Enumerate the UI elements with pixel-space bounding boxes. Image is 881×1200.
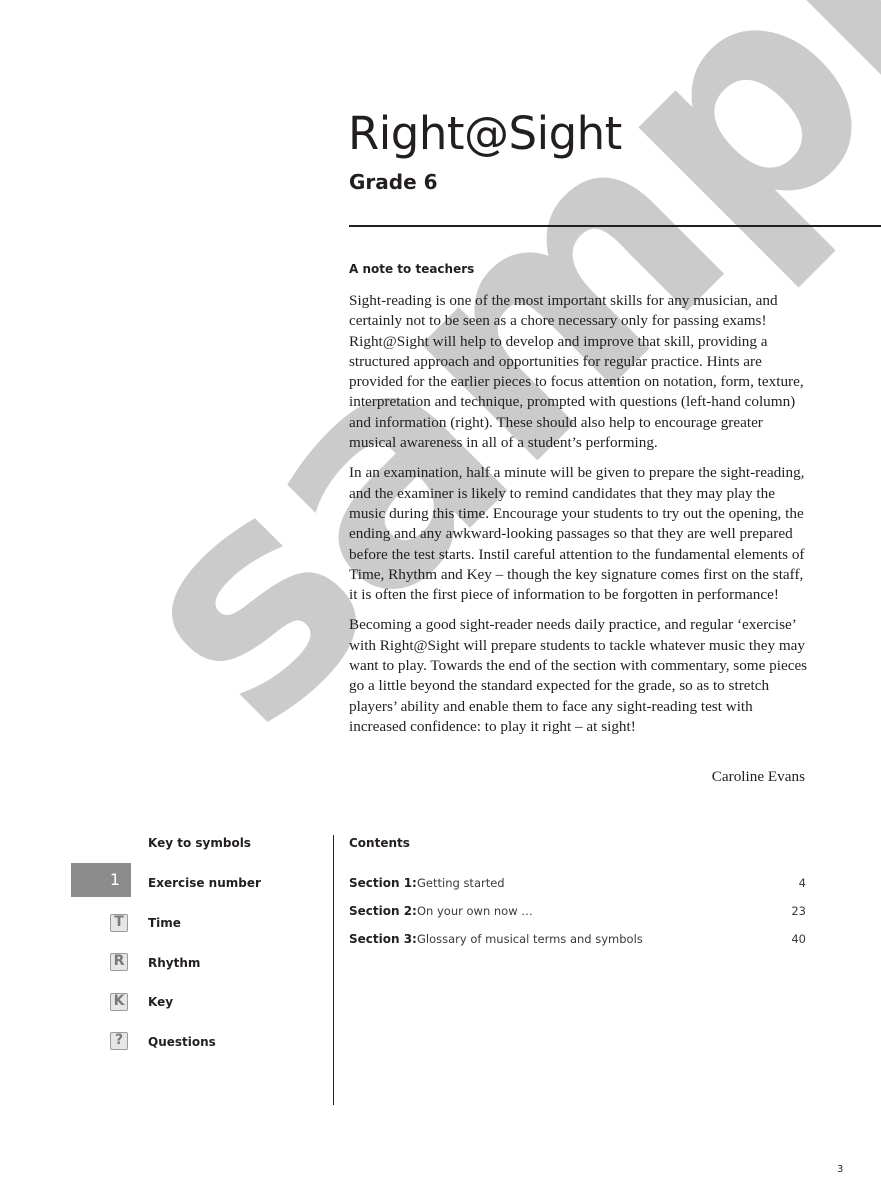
page-number: 3	[837, 1164, 843, 1175]
toc-row[interactable]: Section 1: Getting started 4	[349, 876, 806, 894]
grade-subtitle: Grade 6	[349, 168, 438, 196]
note-paragraph: Becoming a good sight-reader needs daily…	[349, 615, 811, 737]
toc-section-label: Section 3:	[349, 932, 417, 946]
author-signature: Caroline Evans	[712, 768, 805, 786]
book-title: Right@Sight	[348, 104, 622, 164]
column-divider	[333, 835, 334, 1105]
time-icon: T	[110, 914, 128, 932]
questions-icon: ?	[110, 1032, 128, 1050]
toc-section-title: Getting started	[417, 876, 505, 890]
exercise-number-badge: 1	[71, 863, 131, 897]
note-paragraph: Sight-reading is one of the most importa…	[349, 291, 811, 453]
key-heading: Key to symbols	[148, 836, 251, 850]
key-icon: K	[110, 993, 128, 1011]
key-item-time: Time	[148, 916, 181, 930]
key-item-key: Key	[148, 995, 173, 1009]
title-divider	[349, 225, 881, 227]
document-page: sample Right@Sight Grade 6 A note to tea…	[0, 0, 881, 1200]
toc-page-number: 4	[799, 876, 806, 890]
toc-section-title: Glossary of musical terms and symbols	[417, 932, 643, 946]
rhythm-icon: R	[110, 953, 128, 971]
note-body: Sight-reading is one of the most importa…	[349, 291, 811, 747]
toc-section-label: Section 1:	[349, 876, 417, 890]
toc-section-title: On your own now …	[417, 904, 533, 918]
key-item-exercise-number: Exercise number	[148, 876, 261, 890]
toc-section-label: Section 2:	[349, 904, 417, 918]
toc-row[interactable]: Section 2: On your own now … 23	[349, 904, 806, 922]
note-heading: A note to teachers	[349, 262, 474, 276]
key-item-rhythm: Rhythm	[148, 956, 200, 970]
toc-page-number: 40	[791, 932, 806, 946]
contents-heading: Contents	[349, 836, 410, 850]
key-item-questions: Questions	[148, 1035, 216, 1049]
note-paragraph: In an examination, half a minute will be…	[349, 463, 811, 605]
toc-row[interactable]: Section 3: Glossary of musical terms and…	[349, 932, 806, 950]
toc-page-number: 23	[791, 904, 806, 918]
